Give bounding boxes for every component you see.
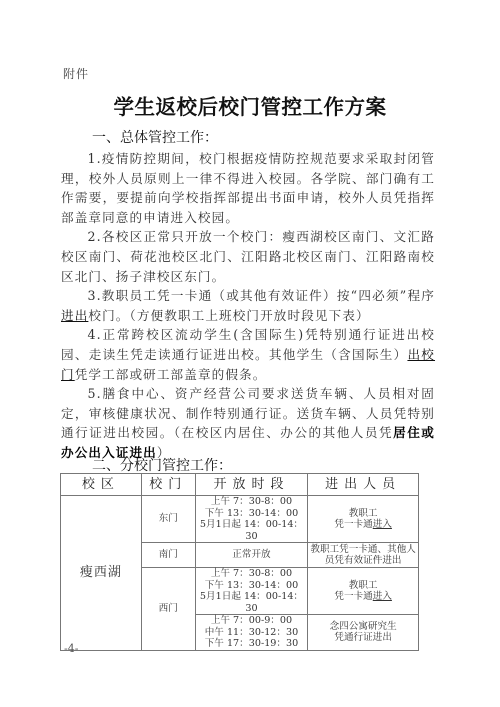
personnel-cell: 教职工凭一卡通、其他人 员凭有效证件进出 [308,543,419,568]
paragraph-3-text: 3.教职员工凭一卡通（或其他有效证件）按“四必须”程序 [87,288,435,303]
paragraph-3: 3.教职员工凭一卡通（或其他有效证件）按“四必须”程序进出校门。（方便教职工上班… [61,286,435,325]
personnel-cell: 教职工 凭一卡通进入 [308,496,419,543]
paragraph-5-text: 5.膳食中心、资产经营公司要求送货车辆、人员相对固定，审核健康状况、制作特别通行… [61,386,435,440]
header-personnel: 进出人员 [308,474,419,496]
header-campus: 校区 [61,474,142,496]
paragraph-4: 4.正常跨校区流动学生(含国际生)凭特别通行证进出校园、走读生凭走读通行证进出校… [61,325,435,384]
section-1-heading: 一、总体管控工作： [92,127,218,147]
section-2-heading: 二、分校门管控工作： [92,455,232,475]
hours-cell: 上午 7：30-8：00 下午 13：30-14：00 5月1日起 14：00-… [195,496,308,543]
gate-control-table: 校区 校门 开放时段 进出人员 瘦西湖 东门 上午 7：30-8：00 下午 1… [60,473,419,651]
section-1-body: 1.疫情防控期间，校门根据疫情防控规范要求采取封闭管理，校外人员原则上一律不得进… [61,149,435,463]
paragraph-4-text: 4.正常跨校区流动学生(含国际生)凭特别通行证进出校园、走读生凭走读通行证进出校… [61,327,435,362]
paragraph-3-tail: 校门。（方便教职工上班校门开放时段见下表） [88,308,369,323]
header-hours: 开放时段 [195,474,308,496]
header-gate: 校门 [141,474,195,496]
gate-cell: 东门 [141,496,195,543]
hours-cell: 上午 7：00-9：00 中午 11：30-12：30 下午 17：30-19：… [195,615,308,651]
page-number: -4- [64,642,78,655]
personnel-cell: 教职工 凭一卡通进入 [308,568,419,615]
document-title: 学生返校后校门管控工作方案 [0,90,500,120]
hours-cell: 正常开放 [195,543,308,568]
table-header-row: 校区 校门 开放时段 进出人员 [61,474,419,496]
gate-cell: 南门 [141,543,195,568]
hours-cell: 上午 7：30-8：00 下午 13：30-14：00 5月1日起 14：00-… [195,568,308,615]
paragraph-2: 2.各校区正常只开放一个校门：瘦西湖校区南门、文汇路校区南门、荷花池校区北门、江… [61,227,435,286]
personnel-cell: 念四公寓研究生 凭通行证进出 [308,615,419,651]
paragraph-5: 5.膳食中心、资产经营公司要求送货车辆、人员相对固定，审核健康状况、制作特别通行… [61,384,435,462]
paragraph-3-underlined: 进出 [61,308,88,323]
paragraph-4-tail: 凭学工部或研工部盖章的假条。 [75,367,267,382]
gate-cell: 西门 [141,568,195,651]
table-row: 瘦西湖 东门 上午 7：30-8：00 下午 13：30-14：00 5月1日起… [61,496,419,543]
paragraph-1: 1.疫情防控期间，校门根据疫情防控规范要求采取封闭管理，校外人员原则上一律不得进… [61,149,435,227]
attachment-label: 附件 [63,65,89,82]
campus-cell: 瘦西湖 [61,496,142,651]
